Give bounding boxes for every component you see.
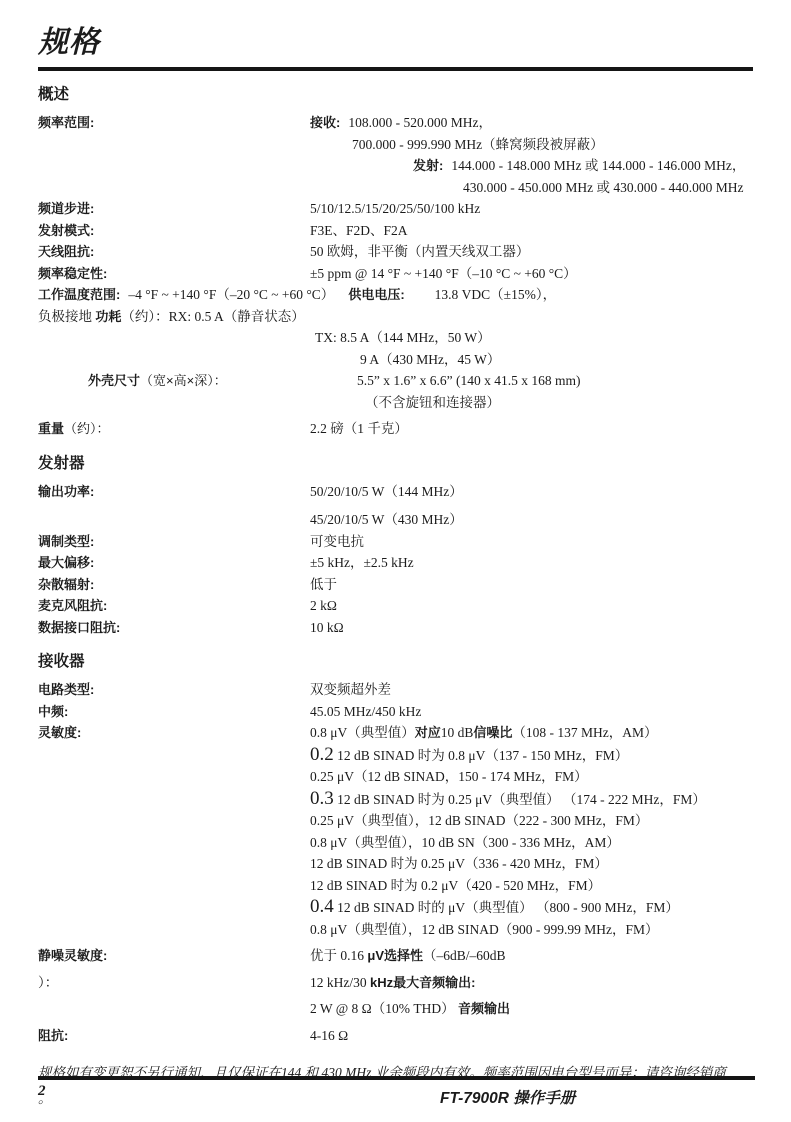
row-value: 2 kΩ xyxy=(310,595,337,617)
section-heading-transmitter: 发射器 xyxy=(38,455,753,473)
spec-row-modulation-type: 调制类型: 可变电抗 xyxy=(38,531,753,553)
sens1-d: 信噪比 xyxy=(473,725,512,740)
row-label: 中频: xyxy=(38,701,310,723)
tx-prefix: 发射: xyxy=(413,158,443,173)
weight-value: 2.2 磅（1 千克） xyxy=(310,418,408,440)
row-label: 阻抗: xyxy=(38,1025,310,1047)
disclaimer-line-2: 。 xyxy=(38,1086,753,1112)
spec-row-weight: 重量（约）： 2.2 磅（1 千克） xyxy=(38,418,753,440)
supply-voltage-label: 供电电压: xyxy=(348,287,404,302)
sensitivity-line-3: 0.25 μV（12 dB SINAD，150 - 174 MHz，FM） xyxy=(310,766,588,788)
spec-row-frequency-stability: 频率稳定性: ±5 ppm @ 14 °F ~ +140 °F（–10 °C ~… xyxy=(38,263,753,285)
row-value: 接收:108.000 - 520.000 MHz， xyxy=(310,112,492,134)
spec-row-sensitivity-2: 0.2 12 dB SINAD 时为 0.8 μV（137 - 150 MHz，… xyxy=(38,744,753,767)
rx-range-1: 108.000 - 520.000 MHz， xyxy=(348,115,492,130)
row-value: 50 欧姆，非平衡（内置天线双工器） xyxy=(310,241,529,263)
spec-row-case-size: 外壳尺寸（宽×高×深）： 5.5” x 1.6” x 6.6” (140 x 4… xyxy=(38,370,753,392)
spec-row-sensitivity-5: 0.25 μV（典型值），12 dB SINAD（222 - 300 MHz，F… xyxy=(38,810,753,832)
ground-text: 负极接地 xyxy=(38,309,92,324)
disclaimer-line-1: 规格如有变更恕不另行通知，且仅保证在144 和 430 MHz 业余频段内有效。… xyxy=(38,1060,753,1086)
spec-row-sensitivity-3: 0.25 μV（12 dB SINAD，150 - 174 MHz，FM） xyxy=(38,766,753,788)
spec-row-sensitivity-8: 12 dB SINAD 时为 0.2 μV（420 - 520 MHz，FM） xyxy=(38,875,753,897)
row-label: 重量（约）： xyxy=(38,418,310,440)
tx-current-1: TX: 8.5 A（144 MHz，50 W） xyxy=(315,327,491,349)
sens1-e: （108 - 137 MHz，AM） xyxy=(512,725,657,740)
spec-row-sensitivity-6: 0.8 μV（典型值），10 dB SN（300 - 336 MHz，AM） xyxy=(38,832,753,854)
spec-row-data-impedance: 数据接口阻抗: 10 kΩ xyxy=(38,617,753,639)
row-label: 天线阻抗: xyxy=(38,241,310,263)
sensitivity-line-4: 0.3 12 dB SINAD 时为 0.25 μV（典型值） （174 - 2… xyxy=(310,788,706,811)
spec-row-frequency-range-cont: 700.000 - 999.990 MHz（蜂窝频段被屏蔽） xyxy=(38,134,753,156)
squelch-b: μV选择性 xyxy=(367,948,423,963)
spec-row-audio-impedance: 阻抗: 4-16 Ω xyxy=(38,1025,753,1047)
consumption-value: （约）：RX: 0.5 A（静音状态） xyxy=(121,309,304,324)
sensitivity-line-7: 12 dB SINAD 时为 0.25 μV（336 - 420 MHz，FM） xyxy=(310,853,608,875)
row-label: 杂散辐射: xyxy=(38,574,310,596)
row-value: 45.05 MHz/450 kHz xyxy=(310,701,421,723)
case-value: 5.5” x 1.6” x 6.6” (140 x 41.5 x 168 mm) xyxy=(357,370,580,392)
spec-row-antenna-impedance: 天线阻抗: 50 欧姆，非平衡（内置天线双工器） xyxy=(38,241,753,263)
spec-row-circuit-type: 电路类型: 双变频超外差 xyxy=(38,679,753,701)
spec-row-selectivity: ）： 12 kHz/30 kHz最大音频输出: xyxy=(38,972,753,994)
row-label: 最大偏移: xyxy=(38,552,310,574)
footer-rule xyxy=(38,1076,755,1080)
row-label: 外壳尺寸（宽×高×深）： xyxy=(38,370,310,392)
spec-row-max-deviation: 最大偏移: ±5 kHz，±2.5 kHz xyxy=(38,552,753,574)
row-value: ±5 kHz，±2.5 kHz xyxy=(310,552,414,574)
footer-manual-title: FT-7900R 操作手册 xyxy=(440,1086,575,1108)
sens1-a: 0.8 μV（典型值） xyxy=(310,725,415,740)
sens2-big: 0.2 xyxy=(310,744,334,765)
page-title: 规格 xyxy=(38,26,753,60)
row-label: 发射模式: xyxy=(38,220,310,242)
row-label: 灵敏度: xyxy=(38,722,310,744)
sensitivity-line-10: 0.8 μV（典型值），12 dB SINAD（900 - 999.99 MHz… xyxy=(310,919,659,941)
spec-row-tx-current-430: 9 A（430 MHz，45 W） xyxy=(38,349,753,371)
spec-row-case-note: （不含旋钮和连接器） xyxy=(38,392,753,414)
squelch-a: 优于 0.16 xyxy=(310,948,367,963)
manual-spec-page: 规格 概述 频率范围: 接收:108.000 - 520.000 MHz， 70… xyxy=(0,0,791,1122)
squelch-c: （–6dB/–60dB xyxy=(423,948,506,963)
section-heading-receiver: 接收器 xyxy=(38,653,753,671)
sens1-c: 10 dB xyxy=(441,725,474,740)
sensitivity-line-9: 0.4 12 dB SINAD 时的 μV（典型值） （800 - 900 MH… xyxy=(310,896,679,919)
sensitivity-line-6: 0.8 μV（典型值），10 dB SN（300 - 336 MHz，AM） xyxy=(310,832,620,854)
case-label: 外壳尺寸 xyxy=(88,373,140,388)
weight-label-rest: （约）： xyxy=(64,421,110,436)
spec-row-consumption: 负极接地 功耗（约）：RX: 0.5 A（静音状态） xyxy=(38,306,753,328)
power-value-430: 45/20/10/5 W（430 MHz） xyxy=(310,509,463,531)
spec-row-frequency-range-tx-cont: 430.000 - 450.000 MHz 或 430.000 - 440.00… xyxy=(38,177,753,199)
supply-voltage-value: 13.8 VDC（±15%）， xyxy=(435,287,556,302)
sens4-rest: 12 dB SINAD 时为 0.25 μV（典型值） （174 - 222 M… xyxy=(337,792,706,807)
sens9-rest: 12 dB SINAD 时的 μV（典型值） （800 - 900 MHz，FM… xyxy=(337,900,679,915)
spec-row-sensitivity-7: 12 dB SINAD 时为 0.25 μV（336 - 420 MHz，FM） xyxy=(38,853,753,875)
case-note: （不含旋钮和连接器） xyxy=(365,392,500,414)
spec-row-mic-impedance: 麦克风阻抗: 2 kΩ xyxy=(38,595,753,617)
sens2-rest: 12 dB SINAD 时为 0.8 μV（137 - 150 MHz，FM） xyxy=(337,748,628,763)
sens4-big: 0.3 xyxy=(310,788,334,809)
sel-b: kHz最大音频输出: xyxy=(370,975,475,990)
spec-row-frequency-range-tx: 发射:144.000 - 148.000 MHz 或 144.000 - 146… xyxy=(38,155,753,177)
row-label: 麦克风阻抗: xyxy=(38,595,310,617)
row-value: 低于 xyxy=(310,574,337,596)
audio-a: 2 W @ 8 Ω（10% THD） xyxy=(310,1001,458,1016)
spec-row-tx-current-144: TX: 8.5 A（144 MHz，50 W） xyxy=(38,327,753,349)
row-value: 发射:144.000 - 148.000 MHz 或 144.000 - 146… xyxy=(413,155,745,177)
row-label: 频率范围: xyxy=(38,112,310,134)
spec-row-output-power-430: 45/20/10/5 W（430 MHz） xyxy=(38,509,753,531)
squelch-value: 优于 0.16 μV选择性（–6dB/–60dB xyxy=(310,945,506,967)
row-label: 输出功率: xyxy=(38,481,310,503)
case-label-rest: （宽×高×深）： xyxy=(140,373,227,388)
rx-prefix: 接收: xyxy=(310,115,340,130)
spec-row-if: 中频: 45.05 MHz/450 kHz xyxy=(38,701,753,723)
tx-current-2: 9 A（430 MHz，45 W） xyxy=(360,349,500,371)
spec-row-channel-step: 频道步进: 5/10/12.5/15/20/25/50/100 kHz xyxy=(38,198,753,220)
row-value: 可变电抗 xyxy=(310,531,364,553)
footer-page-number: 2 xyxy=(38,1083,46,1100)
spec-row-emission-mode: 发射模式: F3E、F2D、F2A xyxy=(38,220,753,242)
sensitivity-line-2: 0.2 12 dB SINAD 时为 0.8 μV（137 - 150 MHz，… xyxy=(310,744,628,767)
row-value: 双变频超外差 xyxy=(310,679,391,701)
spec-row-sensitivity-4: 0.3 12 dB SINAD 时为 0.25 μV（典型值） （174 - 2… xyxy=(38,788,753,811)
sens1-b: 对应 xyxy=(415,725,441,740)
temp-label: 工作温度范围: xyxy=(38,287,120,302)
power-value-144: 50/20/10/5 W（144 MHz） xyxy=(310,481,463,503)
disclaimer: 规格如有变更恕不另行通知，且仅保证在144 和 430 MHz 业余频段内有效。… xyxy=(38,1060,753,1112)
row-label: 频道步进: xyxy=(38,198,310,220)
row-label: 调制类型: xyxy=(38,531,310,553)
temp-value: –4 °F ~ +140 °F（–20 °C ~ +60 °C） xyxy=(128,287,334,302)
section-heading-overview: 概述 xyxy=(38,86,753,104)
sel-a: 12 kHz/30 xyxy=(310,975,370,990)
sensitivity-line-1: 0.8 μV（典型值）对应10 dB信噪比（108 - 137 MHz，AM） xyxy=(310,722,658,744)
spec-row-output-power: 输出功率: 50/20/10/5 W（144 MHz） xyxy=(38,481,753,503)
spec-row-frequency-range: 频率范围: 接收:108.000 - 520.000 MHz， xyxy=(38,112,753,134)
row-label: ）： xyxy=(38,972,310,994)
spec-row-sensitivity-10: 0.8 μV（典型值），12 dB SINAD（900 - 999.99 MHz… xyxy=(38,919,753,941)
title-rule xyxy=(38,67,753,71)
row-label: 电路类型: xyxy=(38,679,310,701)
row-label: 静噪灵敏度: xyxy=(38,945,310,967)
spec-row-sensitivity-9: 0.4 12 dB SINAD 时的 μV（典型值） （800 - 900 MH… xyxy=(38,896,753,919)
spec-row-sensitivity: 灵敏度: 0.8 μV（典型值）对应10 dB信噪比（108 - 137 MHz… xyxy=(38,722,753,744)
sensitivity-line-8: 12 dB SINAD 时为 0.2 μV（420 - 520 MHz，FM） xyxy=(310,875,601,897)
spec-row-audio-output: 2 W @ 8 Ω（10% THD） 音频输出 xyxy=(38,998,753,1020)
row-value: 4-16 Ω xyxy=(310,1025,348,1047)
tx-range-1: 144.000 - 148.000 MHz 或 144.000 - 146.00… xyxy=(451,158,745,173)
selectivity-value: 12 kHz/30 kHz最大音频输出: xyxy=(310,972,475,994)
spec-row-operating-temp: 工作温度范围:–4 °F ~ +140 °F（–20 °C ~ +60 °C）供… xyxy=(38,284,753,306)
consumption-label: 功耗 xyxy=(95,309,121,324)
row-value: 10 kΩ xyxy=(310,617,344,639)
row-value: F3E、F2D、F2A xyxy=(310,220,408,242)
audio-b: 音频输出 xyxy=(458,1001,510,1016)
spec-row-squelch-sensitivity: 静噪灵敏度: 优于 0.16 μV选择性（–6dB/–60dB xyxy=(38,945,753,967)
sens9-big: 0.4 xyxy=(310,896,334,917)
row-label: 频率稳定性: xyxy=(38,263,310,285)
row-label: 数据接口阻抗: xyxy=(38,617,310,639)
rx-range-2: 700.000 - 999.990 MHz（蜂窝频段被屏蔽） xyxy=(352,134,604,156)
spec-row-spurious-emission: 杂散辐射: 低于 xyxy=(38,574,753,596)
tx-range-2: 430.000 - 450.000 MHz 或 430.000 - 440.00… xyxy=(463,177,743,199)
audio-output-value: 2 W @ 8 Ω（10% THD） 音频输出 xyxy=(310,998,510,1020)
sensitivity-line-5: 0.25 μV（典型值），12 dB SINAD（222 - 300 MHz，F… xyxy=(310,810,648,832)
row-value: ±5 ppm @ 14 °F ~ +140 °F（–10 °C ~ +60 °C… xyxy=(310,263,577,285)
weight-label: 重量 xyxy=(38,421,64,436)
row-value: 5/10/12.5/15/20/25/50/100 kHz xyxy=(310,198,480,220)
